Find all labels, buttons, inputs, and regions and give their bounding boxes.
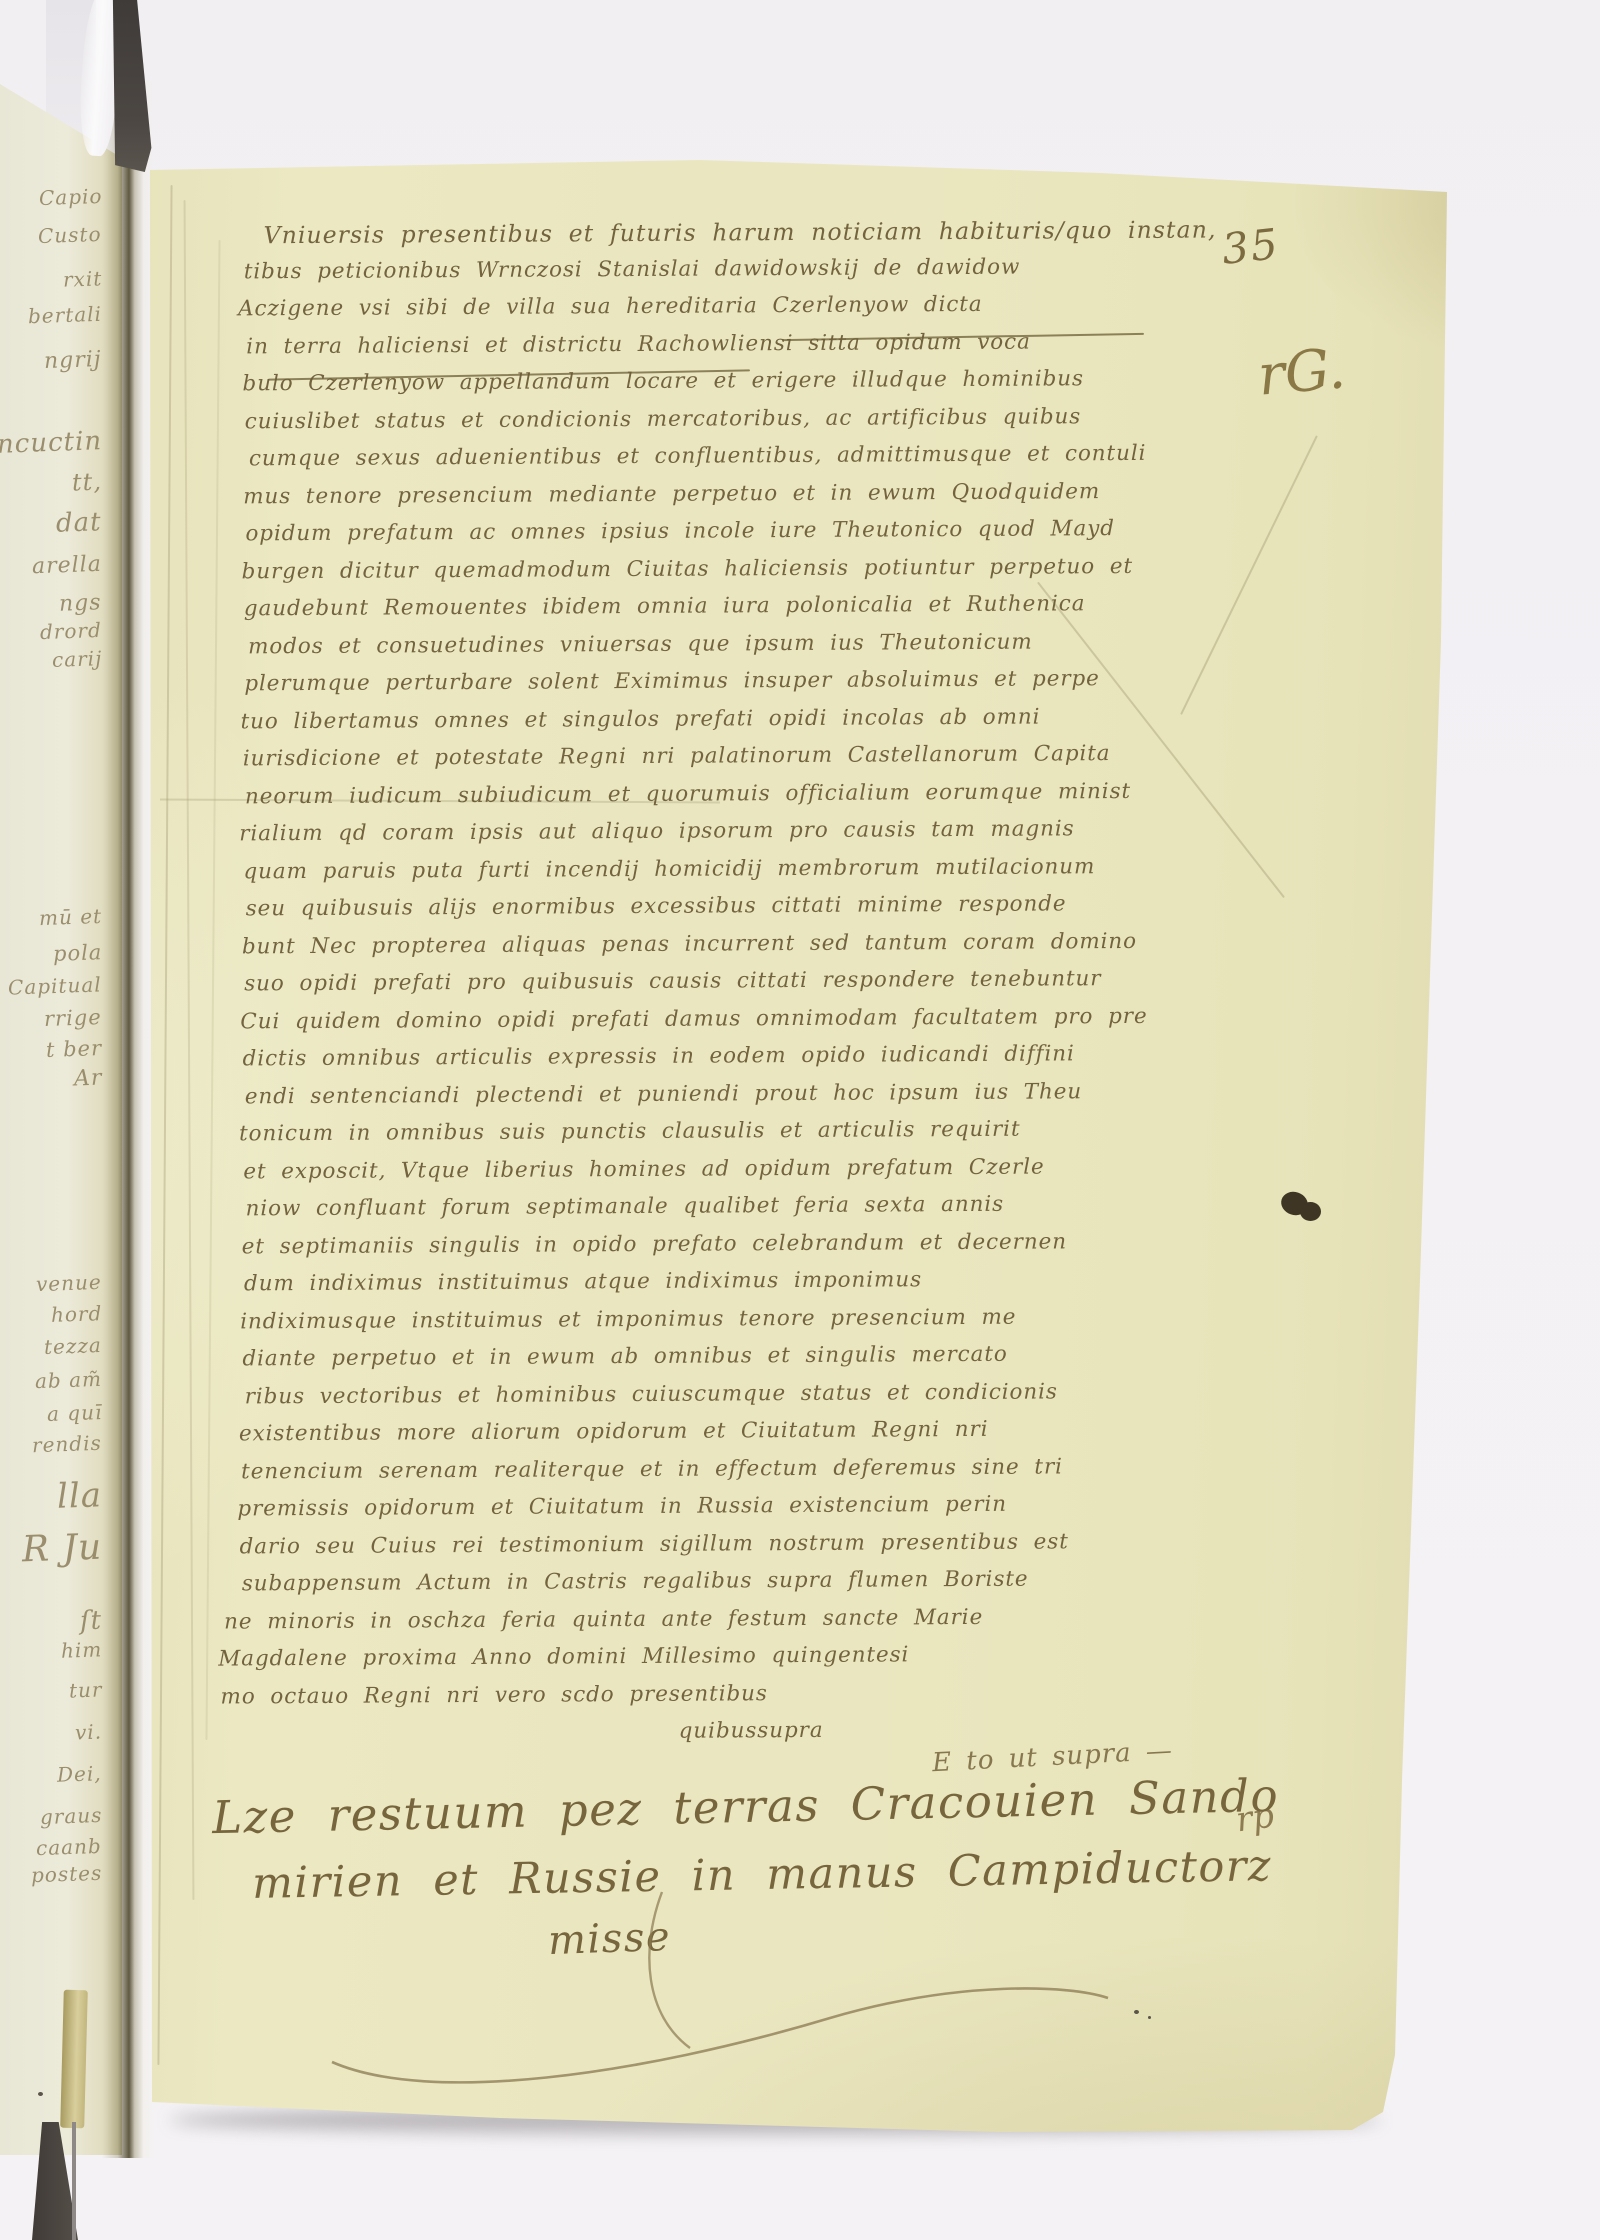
facing-page-text-fragment: rxit [62,266,102,291]
facing-page-text-fragment: him [60,1637,102,1662]
facing-page-text-fragment: ncuctin [0,426,102,460]
manuscript-page: Vniuersis presentibus et futuris harum n… [0,0,1600,2240]
book-spine-line [72,2122,76,2240]
facing-page-text-fragment: Dei, [57,1761,102,1787]
facing-page-text-fragment: pola [52,940,102,966]
facing-page-text-fragment: vi. [75,1720,103,1745]
facing-page-text-fragment: postes [30,1861,102,1887]
book-spine-edge [60,1990,88,2129]
facing-page-text-fragment: ngrij [44,347,102,374]
facing-page-text-fragment: Capitual [8,972,102,999]
facing-page-text-fragment: rrige [44,1005,102,1031]
facing-page-text-fragment: caanb [36,1834,103,1860]
facing-page-text-fragment: a quī [46,1400,102,1426]
facing-page-text-fragment: bertali [28,302,103,329]
facing-page-text-fragment: arella [32,552,103,579]
speck [1148,2016,1151,2019]
speck [1134,2010,1139,2014]
facing-page-text-fragment: carij [51,646,102,672]
facing-page-text-fragment: tur [68,1677,102,1702]
facing-page-text-fragment: t ber [46,1036,103,1062]
facing-page-text-fragment: dat [56,507,103,539]
facing-page-text-fragment: R Ju [21,1527,103,1571]
facing-page-text-fragment: venue [36,1270,103,1296]
facing-page-text-fragment: Ar [73,1066,102,1092]
facing-page-text-fragment: tezza [44,1333,103,1359]
manuscript-scan: CapioCustorxitbertalingrijncuctintt,data… [0,0,1600,2240]
facing-page-text-fragment: hord [50,1301,102,1327]
facing-page-text-fragment: drord [40,618,103,644]
facing-page-text-fragment: ſt [79,1606,102,1637]
facing-page-text-fragment: ab am̃ [35,1367,103,1393]
facing-page-text-fragment: tt, [72,467,103,496]
facing-page-text-fragment: ngs [59,590,102,616]
facing-page-text-fragment: mū et [39,904,103,930]
facing-page-text-fragment: graus [39,1803,102,1829]
pen-flourish [0,0,1600,2240]
book-gutter [102,80,154,2158]
facing-page-text-fragment: Capio [38,184,102,210]
speck [38,2092,43,2096]
facing-page-text-fragment: Custo [38,222,102,248]
ink-blot [1300,1202,1321,1221]
facing-page-text-fragment: lla [56,1475,102,1517]
facing-page-text-fragment: rendis [32,1431,103,1457]
